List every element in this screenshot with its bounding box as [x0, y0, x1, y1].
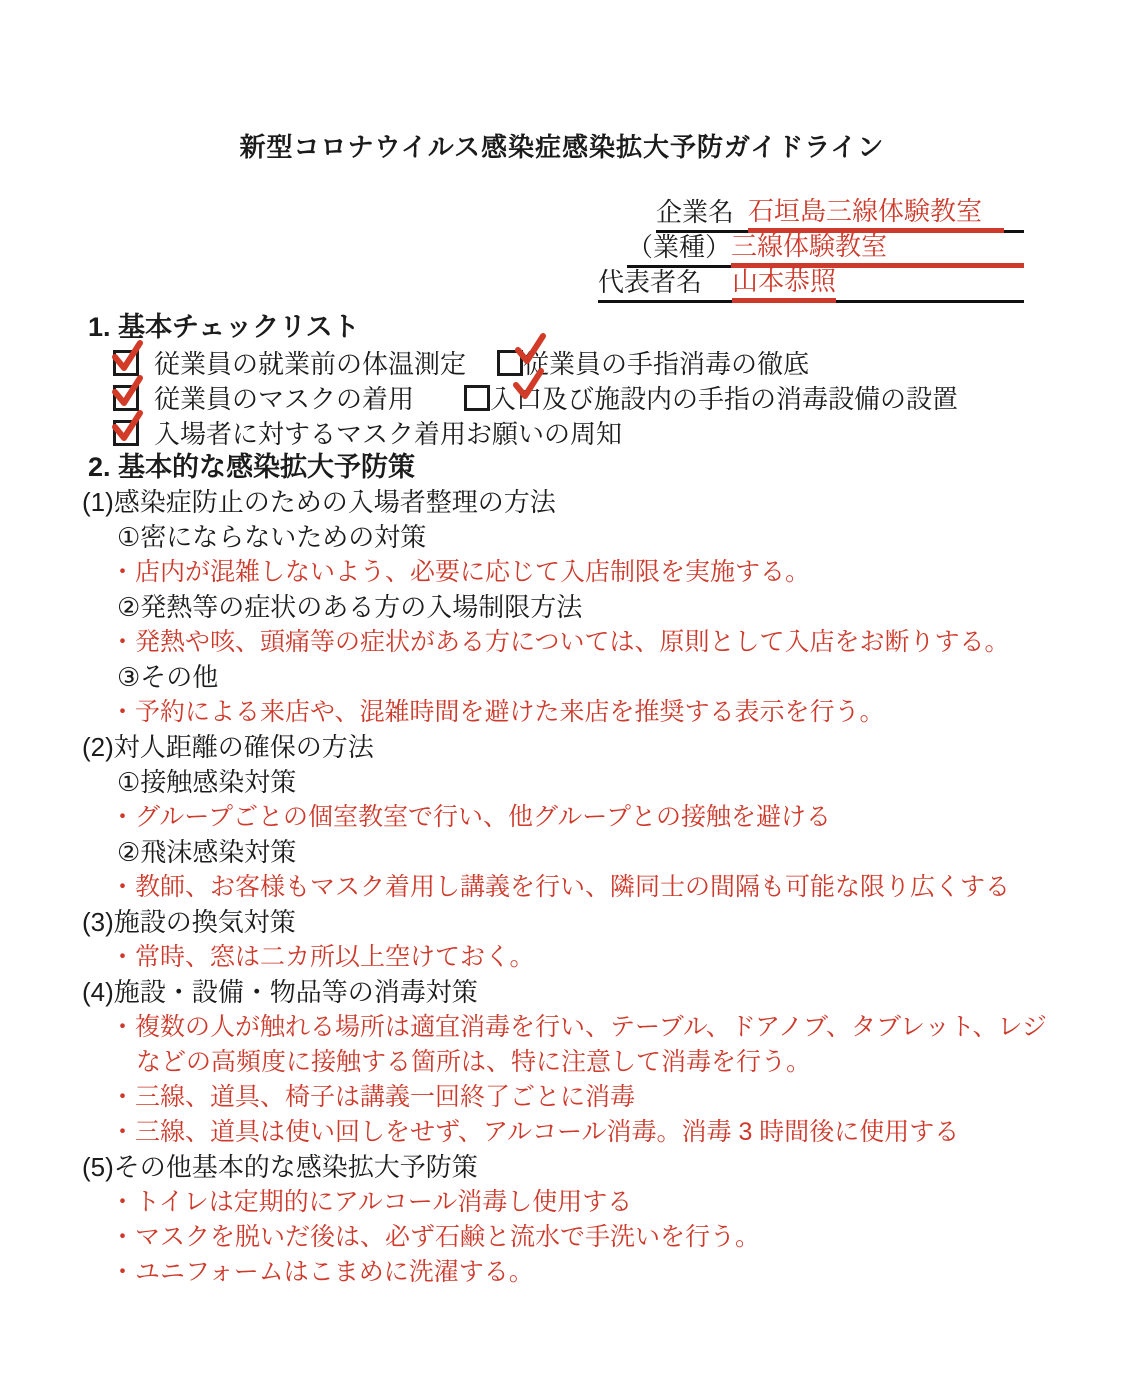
- checkbox-checked-icon: [113, 420, 139, 446]
- red-check-icon: [512, 368, 545, 402]
- red-check-icon: [111, 375, 144, 409]
- checkbox-checked-icon: [113, 385, 139, 411]
- guideline-line-red: ・常時、窓は二カ所以上空けておく。: [110, 940, 1124, 975]
- guideline-line-red: ・ユニフォームはこまめに洗濯する。: [110, 1255, 1124, 1290]
- representative-value: 山本恭照: [732, 261, 836, 303]
- guideline-line: (5)その他基本的な感染拡大予防策: [82, 1150, 1124, 1185]
- checklist-item-temperature: 従業員の就業前の体温測定: [113, 344, 497, 381]
- guideline-line-red: ・教師、お客様もマスク着用し講義を行い、隣同士の間隔も可能な限り広くする: [110, 870, 1124, 905]
- checkbox-checked-icon: [113, 350, 139, 376]
- guideline-line: ①接触感染対策: [117, 765, 1124, 800]
- document-title: 新型コロナウイルス感染症感染拡大予防ガイドライン: [0, 0, 1124, 166]
- guideline-line: (4)施設・設備・物品等の消毒対策: [82, 975, 1124, 1010]
- guideline-line: ②発熱等の症状のある方の入場制限方法: [117, 590, 1124, 625]
- document-page: 新型コロナウイルス感染症感染拡大予防ガイドライン 企業名 石垣島三線体験教室 （…: [0, 0, 1124, 1374]
- guideline-line: ②飛沫感染対策: [117, 835, 1124, 870]
- checkbox-icon: [464, 385, 490, 411]
- representative-row: 代表者名 山本恭照: [598, 268, 1024, 303]
- representative-underline-tail: [836, 290, 1024, 303]
- red-check-icon: [111, 340, 144, 374]
- guideline-line-red: ・三線、道具は使い回しをせず、アルコール消毒。消毒 3 時間後に使用する: [110, 1115, 1124, 1150]
- checklist-row-3: 入場者に対するマスク着用お願いの周知: [113, 415, 1124, 450]
- guideline-line: (3)施設の換気対策: [82, 905, 1124, 940]
- checklist-item-visitor-mask-notice: 入場者に対するマスク着用お願いの周知: [113, 414, 622, 451]
- checked-character: 口: [516, 379, 542, 416]
- representative-label: 代表者名: [598, 262, 732, 303]
- guideline-line-red: ・発熱や咳、頭痛等の症状がある方については、原則として入店をお断りする。: [110, 625, 1124, 660]
- guideline-line-red: ・三線、道具、椅子は講義一回終了ごとに消毒: [110, 1080, 1124, 1115]
- guideline-line-red: ・トイレは定期的にアルコール消毒し使用する: [110, 1185, 1124, 1220]
- red-check-icon: [111, 410, 144, 444]
- checklist-item-label: 従業員の就業前の体温測定: [154, 344, 466, 381]
- guideline-line: (1)感染症防止のための入場者整理の方法: [82, 485, 1124, 520]
- section1-heading: 1. 基本チェックリスト: [88, 310, 1124, 345]
- checklist-item-label: 従業員の手指消毒の徹底: [523, 344, 809, 381]
- guideline-line-red: ・マスクを脱いだ後は、必ず石鹸と流水で手洗いを行う。: [110, 1220, 1124, 1255]
- header-fields: 企業名 石垣島三線体験教室 （業種） 三線体験教室 代表者名 山本恭照: [598, 198, 1024, 303]
- section2-heading: 2. 基本的な感染拡大予防策: [88, 450, 1124, 485]
- guideline-line-red: ・店内が混雑しないよう、必要に応じて入店制限を実施する。: [110, 555, 1124, 590]
- checklist-row-1: 従業員の就業前の体温測定 従業員の手指消毒の徹底: [113, 345, 1124, 380]
- guideline-line: ③その他: [117, 660, 1124, 695]
- checklist-item-label-post: 及び施設内の手指の消毒設備の設置: [542, 379, 958, 416]
- guideline-line: (2)対人距離の確保の方法: [82, 730, 1124, 765]
- guideline-line-red: ・グループごとの個室教室で行い、他グループとの接触を避ける: [110, 800, 1124, 835]
- checklist-row-2: 従業員のマスクの着用 入 口 及び施設内の手指の消毒設備の設置: [113, 380, 1124, 415]
- checklist-item-disinfection-equipment: 入 口 及び施設内の手指の消毒設備の設置: [464, 379, 958, 416]
- guideline-line: ①密にならないための対策: [117, 520, 1124, 555]
- checklist-item-mask: 従業員のマスクの着用: [113, 379, 464, 416]
- checklist-item-label: 従業員のマスクの着用: [154, 379, 414, 416]
- checklist-item-label: 入場者に対するマスク着用お願いの周知: [154, 414, 622, 451]
- guideline-line-red: ・予約による来店や、混雑時間を避けた来店を推奨する表示を行う。: [110, 695, 1124, 730]
- document-body: 1. 基本チェックリスト 従業員の就業前の体温測定 従業員の手指消毒の徹底: [0, 310, 1124, 1290]
- guideline-line-red: ・複数の人が触れる場所は適宜消毒を行い、テーブル、ドアノブ、タブレット、レジなど…: [110, 1010, 1066, 1080]
